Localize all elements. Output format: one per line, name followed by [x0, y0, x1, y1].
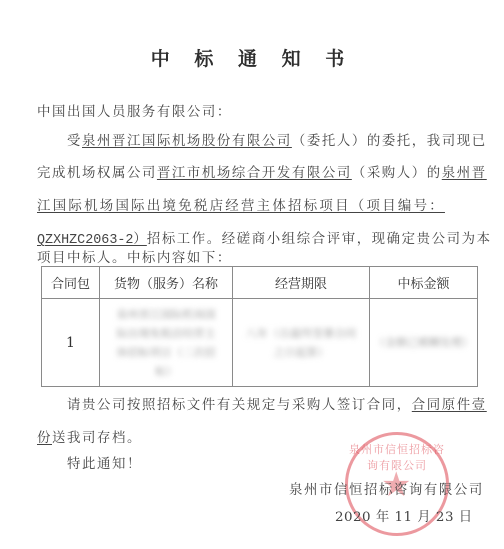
table-header-row: 合同包 货物（服务）名称 经营期限 中标金额 — [42, 267, 478, 299]
text: （委托人）的委托，我司现已 — [292, 134, 487, 149]
text: 请贵公司按照招标文件有关规定与采购人签订合同， — [67, 398, 412, 413]
paragraph1-line5: 项目中标人。中标内容如下： — [37, 247, 232, 266]
paragraph2-line2: 份送我司存档。 — [37, 427, 142, 446]
document-title: 中 标 通 知 书 — [0, 44, 504, 71]
signatory: 泉州市信恒招标咨询有限公司 — [289, 479, 484, 498]
header-term: 经营期限 — [233, 267, 370, 299]
table-row: 1 泉州晋江国际机场国际出境免税店经营主体招标项目（二次招标） 八年（自最终签署… — [42, 299, 478, 387]
text: 完成机场权属公司 — [37, 166, 157, 181]
entrusting-party: 泉州晋江国际机场股份有限公司 — [82, 134, 292, 149]
header-name: 货物（服务）名称 — [100, 267, 233, 299]
project-name-part2: 江国际机场国际出境免税店经营主体招标项目（项目编号： — [37, 195, 445, 214]
header-package: 合同包 — [42, 267, 100, 299]
text: 招标工作。经磋商小组综合评审，现确定贵公司为本 — [147, 232, 492, 247]
paragraph1-line2: 完成机场权属公司晋江市机场综合开发有限公司（采购人）的泉州晋 — [37, 162, 487, 181]
recipient: 中国出国人员服务有限公司： — [37, 101, 232, 120]
award-table: 合同包 货物（服务）名称 经营期限 中标金额 1 泉州晋江国际机场国际出境免税店… — [41, 266, 478, 387]
project-name-part1: 泉州晋 — [442, 166, 487, 181]
paragraph1-line4: QZXHZC2063-2）招标工作。经磋商小组综合评审，现确定贵公司为本 — [37, 228, 492, 248]
text: 送我司存档。 — [52, 431, 142, 446]
header-amount: 中标金额 — [370, 267, 478, 299]
closing: 特此通知！ — [67, 453, 142, 472]
paragraph1-line1: 受泉州晋江国际机场股份有限公司（委托人）的委托，我司现已 — [67, 130, 487, 149]
purchaser: 晋江市机场综合开发有限公司 — [157, 166, 352, 181]
text: （采购人）的 — [352, 166, 442, 181]
redacted-name: 泉州晋江国际机场国际出境免税店经营主体招标项目（二次招标） — [100, 305, 232, 381]
redacted-amount: （金额已模糊处理） — [370, 333, 477, 352]
contract-copies: 合同原件壹 — [412, 398, 487, 413]
redacted-term: 八年（自最终签署合同之日起算） — [233, 324, 369, 362]
cell-amount: （金额已模糊处理） — [370, 299, 478, 387]
project-number: QZXHZC2063-2） — [37, 233, 147, 248]
text: 受 — [67, 134, 82, 149]
cell-package: 1 — [42, 299, 100, 387]
contract-copies-cont: 份 — [37, 431, 52, 446]
cell-name: 泉州晋江国际机场国际出境免税店经营主体招标项目（二次招标） — [100, 299, 233, 387]
date: 2020 年 11 月 23 日 — [335, 506, 473, 525]
cell-term: 八年（自最终签署合同之日起算） — [233, 299, 370, 387]
paragraph2-line1: 请贵公司按照招标文件有关规定与采购人签订合同，合同原件壹 — [67, 394, 487, 413]
